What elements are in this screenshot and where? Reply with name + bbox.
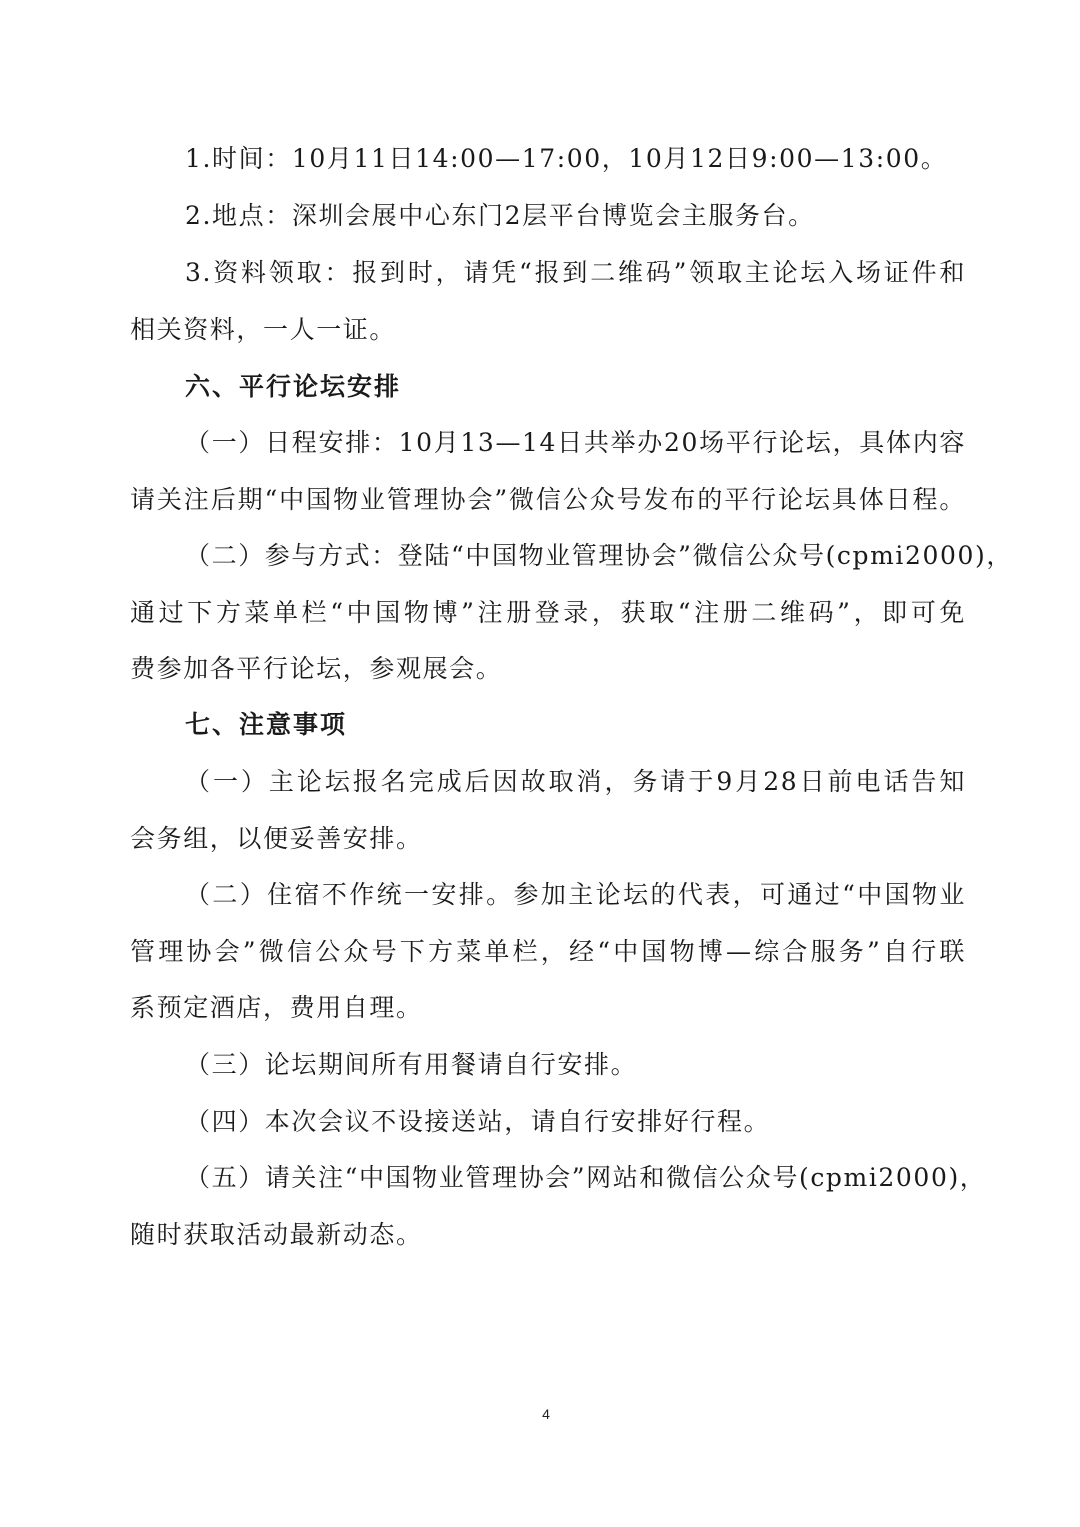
paragraph-line: 随时获取活动最新动态。: [130, 1220, 966, 1250]
paragraph-line: 2.地点：深圳会展中心东门2层平台博览会主服务台。: [185, 201, 966, 231]
paragraph-line: 1.时间：10月11日14:00—17:00，10月12日9:00—13:00。: [185, 144, 966, 174]
paragraph-line: 3.资料领取：报到时，请凭“报到二维码”领取主论坛入场证件和: [185, 258, 966, 288]
section-heading: 六、平行论坛安排: [185, 372, 966, 402]
paragraph-line: （三）论坛期间所有用餐请自行安排。: [185, 1050, 966, 1080]
paragraph-line: 相关资料，一人一证。: [130, 315, 966, 345]
section-heading: 七、注意事项: [185, 710, 966, 740]
paragraph-line: 系预定酒店，费用自理。: [130, 993, 966, 1023]
paragraph-line: （一）日程安排：10月13—14日共举办20场平行论坛，具体内容: [185, 428, 966, 458]
paragraph-line: 费参加各平行论坛，参观展会。: [130, 654, 966, 684]
document-page: 4 1.时间：10月11日14:00—17:00，10月12日9:00—13:0…: [0, 0, 1080, 1527]
paragraph-line: （四）本次会议不设接送站，请自行安排好行程。: [185, 1107, 966, 1137]
page-number: 4: [536, 1406, 556, 1422]
paragraph-line: 请关注后期“中国物业管理协会”微信公众号发布的平行论坛具体日程。: [130, 485, 966, 515]
paragraph-line: （五）请关注“中国物业管理协会”网站和微信公众号(cpmi2000)，: [185, 1163, 966, 1193]
paragraph-line: 通过下方菜单栏“中国物博”注册登录，获取“注册二维码”，即可免: [130, 598, 966, 628]
paragraph-line: 会务组，以便妥善安排。: [130, 824, 966, 854]
paragraph-line: 管理协会”微信公众号下方菜单栏，经“中国物博—综合服务”自行联: [130, 937, 966, 967]
paragraph-line: （二）住宿不作统一安排。参加主论坛的代表，可通过“中国物业: [185, 880, 966, 910]
paragraph-line: （一）主论坛报名完成后因故取消，务请于9月28日前电话告知: [185, 767, 966, 797]
paragraph-line: （二）参与方式：登陆“中国物业管理协会”微信公众号(cpmi2000)，: [185, 541, 966, 571]
